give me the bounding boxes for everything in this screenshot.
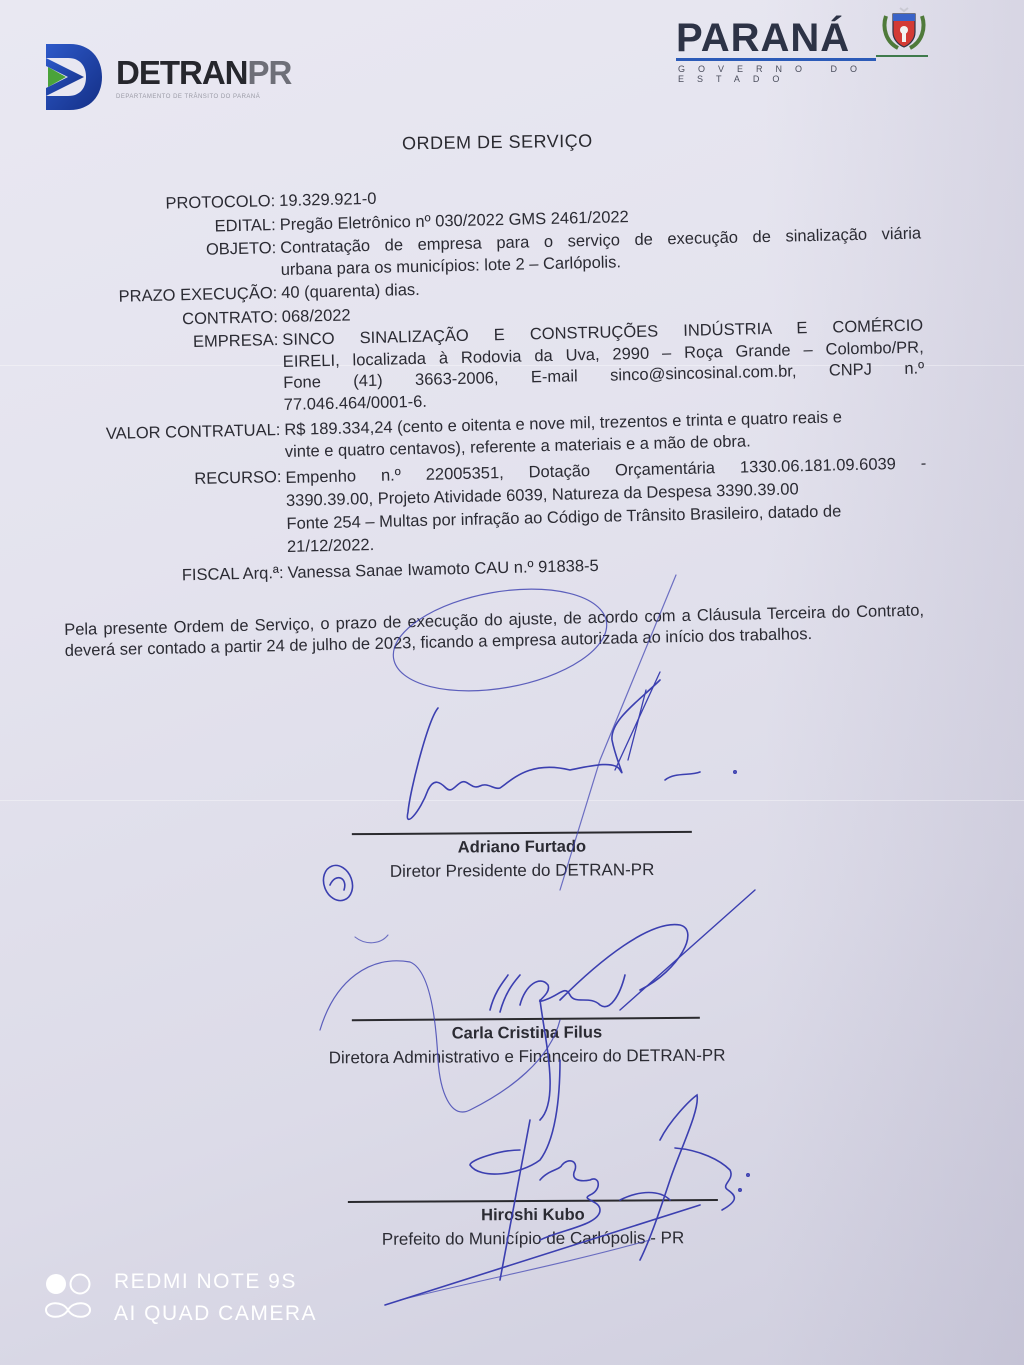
- field-label: RECURSO:: [66, 467, 283, 564]
- paper-fold: [0, 800, 1024, 801]
- field-value: SINCO SINALIZAÇÃO E CONSTRUÇÕES INDÚSTRI…: [278, 315, 925, 416]
- signature-block: Carla Cristina Filus Diretora Administra…: [292, 1016, 762, 1068]
- signatory-role: Diretor Presidente do DETRAN-PR: [352, 859, 692, 881]
- field-value: Empenho n.º 22005351, Dotação Orçamentár…: [281, 452, 928, 559]
- field-recurso: RECURSO: Empenho n.º 22005351, Dotação O…: [66, 452, 928, 563]
- detran-logo-icon: [44, 44, 102, 110]
- field-label: PROTOCOLO:: [60, 191, 275, 217]
- detran-subtitle: DEPARTAMENTO DE TRÂNSITO DO PARANÁ: [116, 94, 260, 100]
- field-label: OBJETO:: [61, 238, 277, 286]
- signatory-name: Adriano Furtado: [352, 836, 692, 857]
- signature-block: Adriano Furtado Diretor Presidente do DE…: [352, 831, 692, 882]
- camera-watermark-text: REDMI NOTE 9S AI QUAD CAMERA: [114, 1266, 317, 1330]
- field-label: VALOR CONTRATUAL:: [65, 420, 281, 468]
- detran-logo: DETRANPR DEPARTAMENTO DE TRÂNSITO DO PAR…: [44, 44, 304, 114]
- field-label: FISCAL Arq.ª:: [68, 563, 283, 589]
- field-label: PRAZO EXECUÇÃO:: [62, 283, 277, 309]
- signature-line: [348, 1199, 718, 1202]
- document-title: ORDEM DE SERVIÇO: [402, 131, 593, 155]
- signature-line: [352, 1017, 700, 1021]
- field-label: EDITAL:: [61, 215, 276, 241]
- camera-brand-icon: [42, 1270, 94, 1322]
- field-empresa: EMPRESA: SINCO SINALIZAÇÃO E CONSTRUÇÕES…: [63, 315, 925, 420]
- detran-wordmark: DETRANPR: [116, 54, 291, 92]
- parana-underline: [876, 55, 928, 57]
- signatory-role: Prefeito do Município de Carlópolis - PR: [348, 1228, 718, 1250]
- signatory-name: Hiroshi Kubo: [348, 1205, 718, 1226]
- signature-block: Hiroshi Kubo Prefeito do Município de Ca…: [348, 1199, 718, 1249]
- field-label: EMPRESA:: [63, 330, 280, 421]
- parana-wordmark: PARANÁ: [676, 16, 850, 61]
- body-paragraph: Pela presente Ordem de Serviço, o prazo …: [64, 600, 925, 662]
- field-label: CONTRATO:: [63, 307, 278, 333]
- signature-line: [352, 831, 692, 835]
- parana-underline: [676, 58, 876, 61]
- signatory-name: Carla Cristina Filus: [292, 1022, 762, 1044]
- coat-of-arms-icon: [880, 6, 928, 52]
- parana-logo: PARANÁ GOVERNO DO ESTADO: [676, 2, 936, 78]
- signatory-role: Diretora Administrativo e Financeiro do …: [292, 1045, 762, 1068]
- parana-subtitle: GOVERNO DO ESTADO: [678, 64, 936, 84]
- order-fields: PROTOCOLO: 19.329.921-0 EDITAL: Pregão E…: [60, 176, 929, 591]
